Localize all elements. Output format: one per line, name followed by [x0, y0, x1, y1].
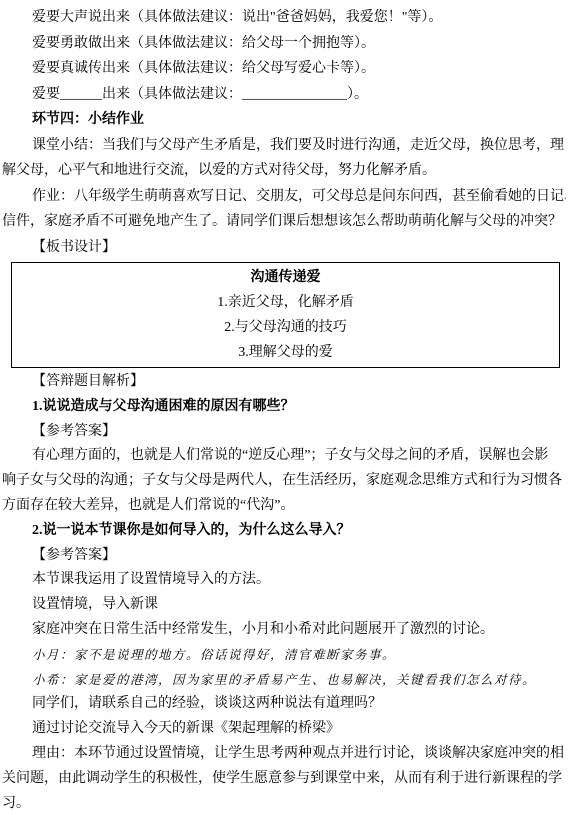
board-title: 沟通传递爱 — [12, 265, 559, 290]
answer-1-line: 响子女与父母的沟通；子女与父母是两代人，在生活经历，家庭观念思维方式和行为习惯各 — [2, 469, 566, 494]
defense-analysis-label: 【答辩题目解析】 — [2, 370, 566, 395]
reason-line: 习。 — [2, 792, 566, 815]
board-items: 1.亲近父母，化解矛盾2.与父母沟通的技巧3.理解父母的爱 — [12, 290, 559, 365]
answer-2-method-line: 本节课我运用了设置情境导入的方法。 — [2, 568, 566, 593]
board-item: 3.理解父母的爱 — [12, 340, 559, 365]
answer-1-line: 有心理方面的，也就是人们常说的“逆反心理”；子女与父母之间的矛盾，误解也会影 — [2, 444, 566, 469]
board-design-label: 【板书设计】 — [2, 235, 566, 261]
reference-answer-label: 【参考答案】 — [2, 420, 566, 445]
section-4-heading: 环节四：小结作业 — [2, 107, 566, 133]
pre-box-text-block: 爱要大声说出来（具体做法建议：说出"爸爸妈妈，我爱您！"等）。爱要勇敢做出来（具… — [2, 5, 566, 260]
class-summary-line: 课堂小结：当我们与父母产生矛盾是，我们要及时进行沟通，走近父母，换位思考，理 — [2, 133, 566, 159]
love-suggestion-line: 爱要真诚传出来（具体做法建议：给父母写爱心卡等）。 — [2, 56, 566, 82]
post-box-text-block: 【答辩题目解析】1.说说造成与父母沟通困难的原因有哪些？【参考答案】有心理方面的… — [2, 370, 566, 815]
homework-line: 信件，家庭矛盾不可避免地产生了。请同学们课后想想该怎么帮助萌萌化解与父母的冲突？ — [2, 209, 566, 235]
answer-1-line: 方面存在较大差异，也就是人们常说的“代沟”。 — [2, 494, 566, 519]
document-page: 爱要大声说出来（具体做法建议：说出"爸爸妈妈，我爱您！"等）。爱要勇敢做出来（具… — [0, 0, 568, 815]
board-item: 1.亲近父母，化解矛盾 — [12, 290, 559, 315]
situation-setup-line: 设置情境，导入新课 — [2, 593, 566, 618]
question-2-heading: 2.说一说本节课你是如何导入的，为什么这么导入？ — [2, 519, 566, 544]
love-suggestion-blank-line: 爱要______出来（具体做法建议：_______________）。 — [2, 82, 566, 108]
dialog-xiaoxi-line: 小希：家是爱的港湾，因为家里的矛盾易产生、也易解决，关键看我们怎么对待。 — [2, 668, 566, 693]
students-discussion-line: 同学们，请联系自己的经验，谈谈这两种说法有道理吗？ — [2, 692, 566, 717]
love-suggestion-line: 爱要勇敢做出来（具体做法建议：给父母一个拥抱等）。 — [2, 31, 566, 57]
family-conflict-line: 家庭冲突在日常生活中经常发生，小月和小希对此问题展开了激烈的讨论。 — [2, 618, 566, 643]
love-suggestion-line: 爱要大声说出来（具体做法建议：说出"爸爸妈妈，我爱您！"等）。 — [2, 5, 566, 31]
class-summary-line: 解父母，心平气和地进行交流，以爱的方式对待父母，努力化解矛盾。 — [2, 158, 566, 184]
board-design-box: 沟通传递爱 1.亲近父母，化解矛盾2.与父母沟通的技巧3.理解父母的爱 — [11, 262, 560, 368]
reason-line: 理由：本环节通过设置情境，让学生思考两种观点并进行讨论，谈谈解决家庭冲突的相 — [2, 742, 566, 767]
reason-line: 关问题，由此调动学生的积极性，使学生愿意参与到课堂中来，从而有利于进行新课程的学 — [2, 767, 566, 792]
homework-line: 作业：八年级学生萌萌喜欢写日记、交朋友，可父母总是问东问西，甚至偷看她的日记、 — [2, 184, 566, 210]
question-1-heading: 1.说说造成与父母沟通困难的原因有哪些？ — [2, 395, 566, 420]
reference-answer-label: 【参考答案】 — [2, 544, 566, 569]
lesson-intro-line: 通过讨论交流导入今天的新课《架起理解的桥梁》 — [2, 717, 566, 742]
dialog-xiaoyue-line: 小月：家不是说理的地方。俗话说得好，清官难断家务事。 — [2, 643, 566, 668]
board-item: 2.与父母沟通的技巧 — [12, 315, 559, 340]
